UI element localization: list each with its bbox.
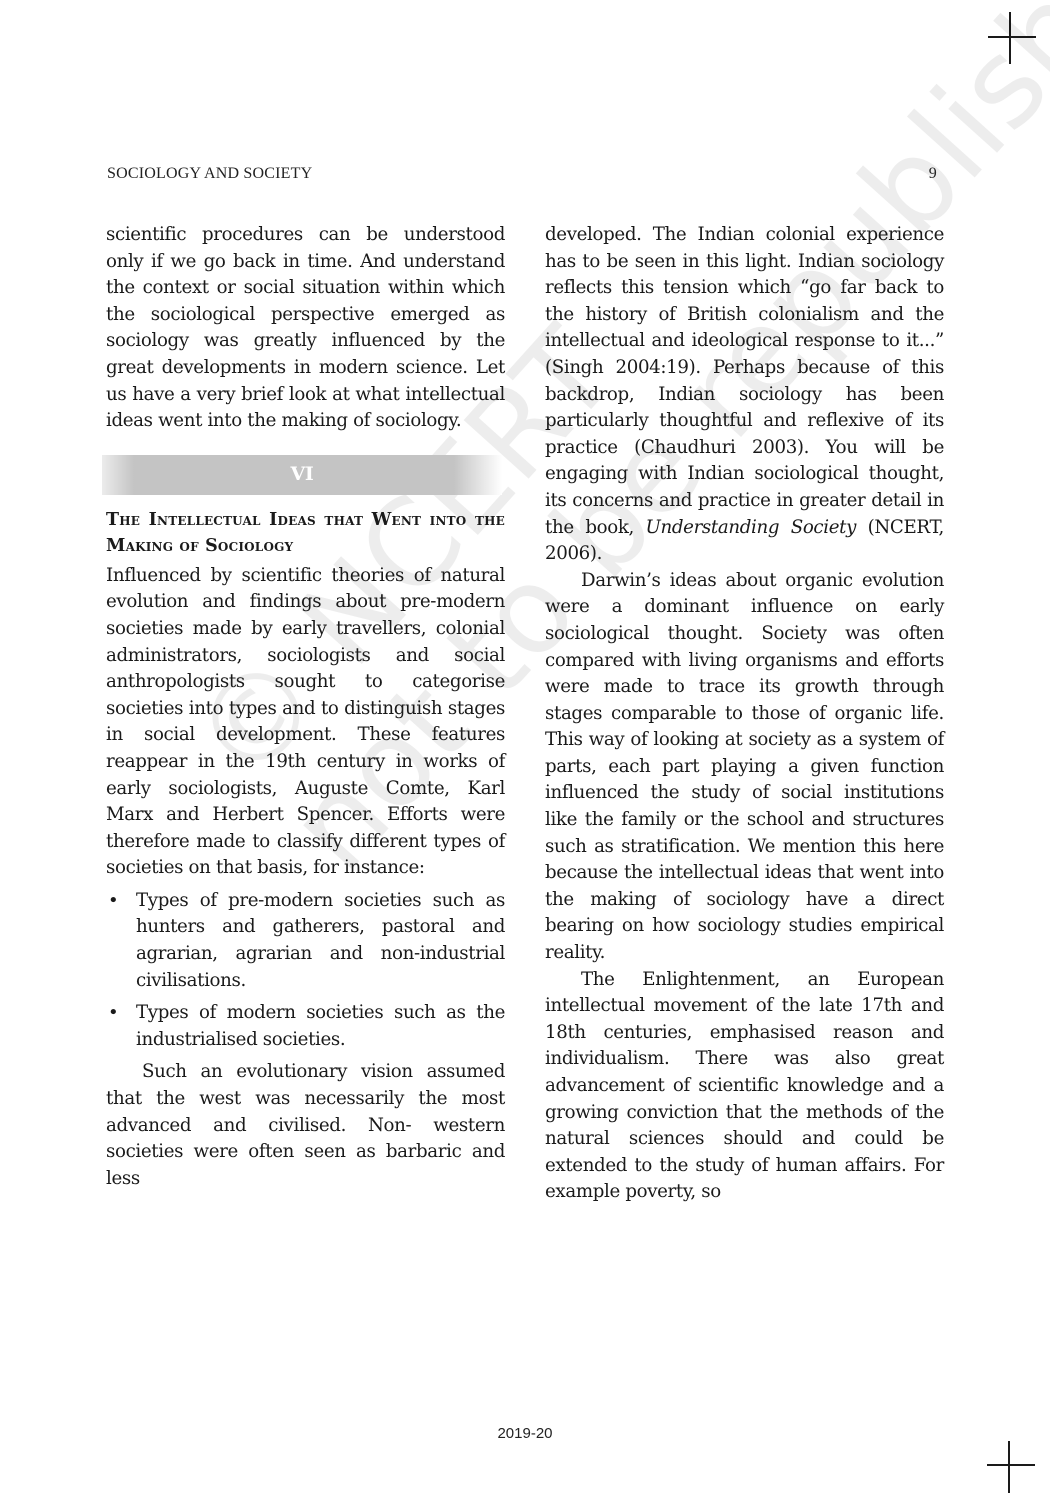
left-column: scientific procedures can be understood … bbox=[106, 222, 505, 1192]
running-head: SOCIOLOGY AND SOCIETY 9 bbox=[107, 165, 937, 183]
book-title: Understanding Society bbox=[646, 517, 857, 538]
body-paragraph: Influenced by scientific theories of nat… bbox=[106, 563, 505, 882]
body-paragraph: developed. The Indian colonial experienc… bbox=[545, 222, 944, 568]
section-heading: The Intellectual Ideas that Went into th… bbox=[106, 507, 505, 559]
body-text: developed. The Indian colonial experienc… bbox=[545, 224, 944, 538]
body-paragraph: Darwin’s ideas about organic evolution w… bbox=[545, 568, 944, 967]
bullet-item: Types of pre-modern societies such as hu… bbox=[106, 888, 505, 994]
right-column: developed. The Indian colonial experienc… bbox=[545, 222, 944, 1206]
body-paragraph: The Enlightenment, an European intellect… bbox=[545, 967, 944, 1206]
running-title: SOCIOLOGY AND SOCIETY bbox=[107, 165, 312, 183]
section-number-band: VI bbox=[102, 455, 502, 495]
bullet-list: Types of pre-modern societies such as hu… bbox=[106, 888, 505, 1054]
body-paragraph: Such an evolutionary vision assumed that… bbox=[106, 1059, 505, 1192]
bullet-item: Types of modern societies such as the in… bbox=[106, 1000, 505, 1053]
intro-paragraph: scientific procedures can be understood … bbox=[106, 222, 505, 435]
footer-edition: 2019-20 bbox=[0, 1425, 1050, 1442]
section-number: VI bbox=[291, 461, 314, 488]
page-number: 9 bbox=[929, 165, 937, 183]
